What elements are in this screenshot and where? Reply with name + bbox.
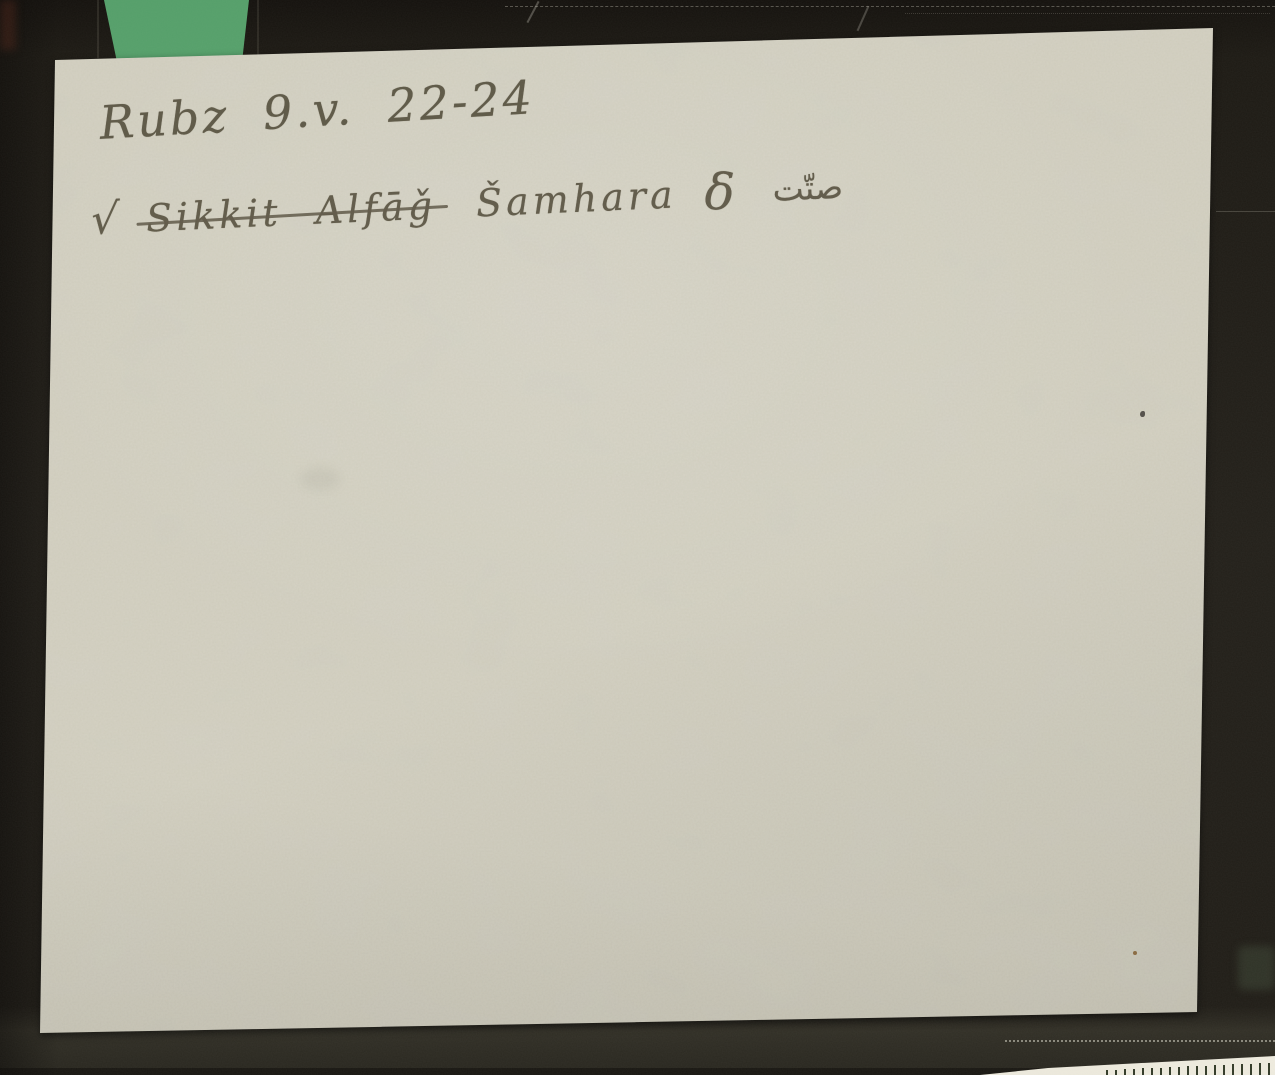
ruler-tick [1124,1069,1126,1075]
ruler-tick [1259,1063,1261,1075]
ruler-tick [1196,1066,1198,1075]
ruler-tick [1160,1068,1162,1075]
struck-words-text: Sikkit Alfāǧ [145,183,437,240]
ruler-tick [1250,1064,1252,1075]
ruler-tick [1214,1065,1216,1075]
ruler-tick [1223,1065,1225,1075]
lead-checkmark: √ [89,193,124,244]
ruler-ticks [1106,1059,1275,1075]
paper-texture [0,0,1275,1075]
paper-card-wrap: Rubz 9.v. 22-24 √Sikkit AlfāǧŠamharaδصتّ… [0,0,1275,1075]
ruler-tick [1187,1066,1189,1075]
ruler-tick [1268,1063,1270,1075]
ruler-tick [1106,1070,1108,1075]
ruler-tick [1142,1068,1144,1075]
word-samhara: Šamhara [475,172,677,225]
ruler-tick [1178,1067,1180,1075]
ink-speck [1140,411,1145,417]
brown-stain-speck [1133,951,1137,955]
faint-smudge [300,468,340,490]
handwriting-line1: Rubz 9.v. 22-24 [98,70,536,150]
ruler-tick [1115,1070,1117,1075]
handwriting-line2: √Sikkit AlfāǧŠamharaδصتّت [90,158,844,250]
paper-card: Rubz 9.v. 22-24 √Sikkit AlfāǧŠamharaδصتّ… [0,0,1275,1075]
ruler-tick [1241,1064,1243,1075]
arabic-annotation: صتّت [772,167,844,209]
delta-symbol: δ [704,163,740,222]
struck-words: Sikkit Alfāǧ [145,183,437,240]
ruler-tick [1232,1064,1234,1075]
ruler-tick [1205,1066,1207,1075]
ruler-tick [1169,1067,1171,1075]
ruler-tick [1151,1068,1153,1075]
ruler-tick [1133,1069,1135,1075]
